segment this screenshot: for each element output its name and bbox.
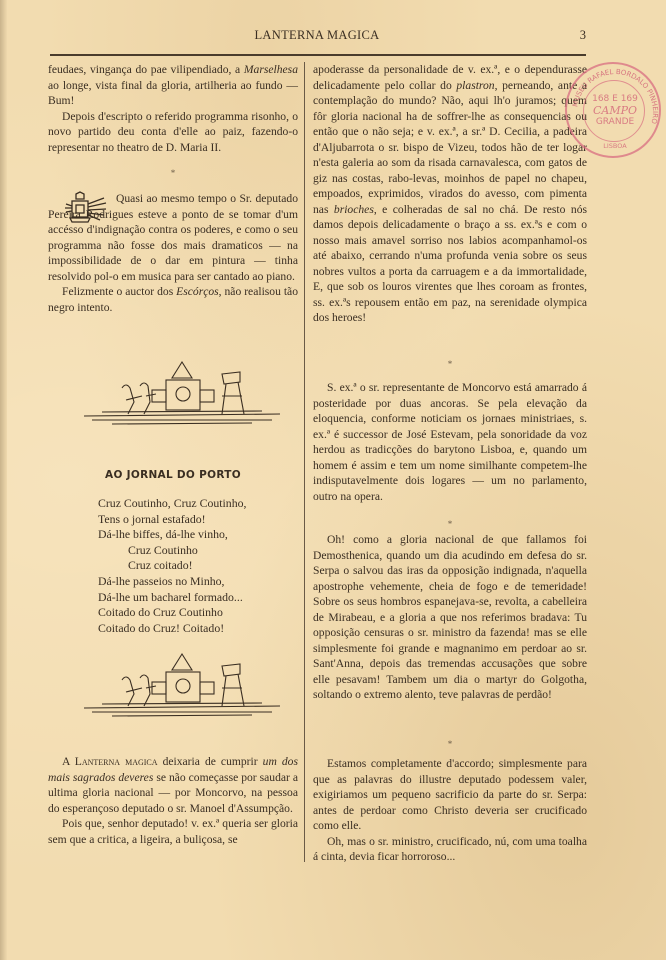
paragraph: Quasi ao mesmo tempo o Sr. deputado Pere… — [48, 191, 298, 284]
separator: * — [48, 166, 298, 182]
poem-line: Cruz Coutinho — [98, 543, 298, 559]
page-number: 3 — [580, 28, 586, 43]
separator: * — [313, 357, 587, 373]
paragraph: S. ex.ª o sr. representante de Moncorvo … — [313, 380, 587, 504]
page-edge — [0, 0, 7, 960]
poem: AO JORNAL DO PORTO — [48, 468, 298, 484]
page-header: LANTERNA MAGICA 3 — [48, 26, 586, 46]
left-column-mid: Quasi ao mesmo tempo o Sr. deputado Pere… — [48, 191, 298, 315]
journal-title: LANTERNA MAGICA — [48, 28, 586, 43]
poem-line: Dá-lhe um bacharel formado... — [98, 590, 298, 606]
poem-line: Cruz Coutinho, Cruz Coutinho, — [98, 496, 298, 512]
separator: * — [313, 517, 587, 533]
paragraph: Depois d'escripto o referido programma r… — [48, 109, 298, 156]
paragraph: Oh, mas o sr. ministro, crucificado, nú,… — [313, 834, 587, 865]
column-divider — [304, 62, 305, 862]
paragraph: Oh! como a gloria nacional de que fallam… — [313, 532, 587, 703]
poem-line: Coitado do Cruz! Coitado! — [98, 621, 298, 637]
header-rule — [50, 54, 586, 56]
poem-line: Tens o jornal estafado! — [98, 512, 298, 528]
paragraph: apoderasse da personalidade de v. ex.ª, … — [313, 62, 587, 326]
poem-line: Cruz coitado! — [98, 558, 298, 574]
paragraph: feudaes, vingança do pae vilipendiado, a… — [48, 62, 298, 109]
paragraph: Felizmente o auctor dos Escórços, não re… — [48, 284, 298, 315]
museum-stamp: MUSEU RAFAEL BORDALO PINHEIRO 168 E 169 … — [565, 62, 661, 158]
left-column-top: feudaes, vingança do pae vilipendiado, a… — [48, 62, 298, 155]
paragraph: A Lanterna magica deixaria de cumprir um… — [48, 754, 298, 816]
right-column-lower: Oh! como a gloria nacional de que fallam… — [313, 532, 587, 703]
left-column-bottom: A Lanterna magica deixaria de cumprir um… — [48, 754, 298, 847]
right-column-mid: S. ex.ª o sr. representante de Moncorvo … — [313, 380, 587, 504]
poem-line: Dá-lhe passeios no Minho, — [98, 574, 298, 590]
poem-line: Dá-lhe biffes, dá-lhe vinho, — [98, 527, 298, 543]
separator: * — [313, 737, 587, 753]
right-column-top: apoderasse da personalidade de v. ex.ª, … — [313, 62, 587, 326]
paragraph: Pois que, senhor deputado! v. ex.ª queri… — [48, 816, 298, 847]
procession-vignette-icon — [82, 360, 282, 430]
poem-title: AO JORNAL DO PORTO — [48, 468, 298, 484]
procession-vignette-icon — [82, 652, 282, 722]
paragraph: Estamos completamente d'accordo; simples… — [313, 756, 587, 834]
poem-body: Cruz Coutinho, Cruz Coutinho, Tens o jor… — [98, 496, 298, 636]
poem-line: Coitado do Cruz Coutinho — [98, 605, 298, 621]
right-column-bottom: Estamos completamente d'accordo; simples… — [313, 756, 587, 865]
